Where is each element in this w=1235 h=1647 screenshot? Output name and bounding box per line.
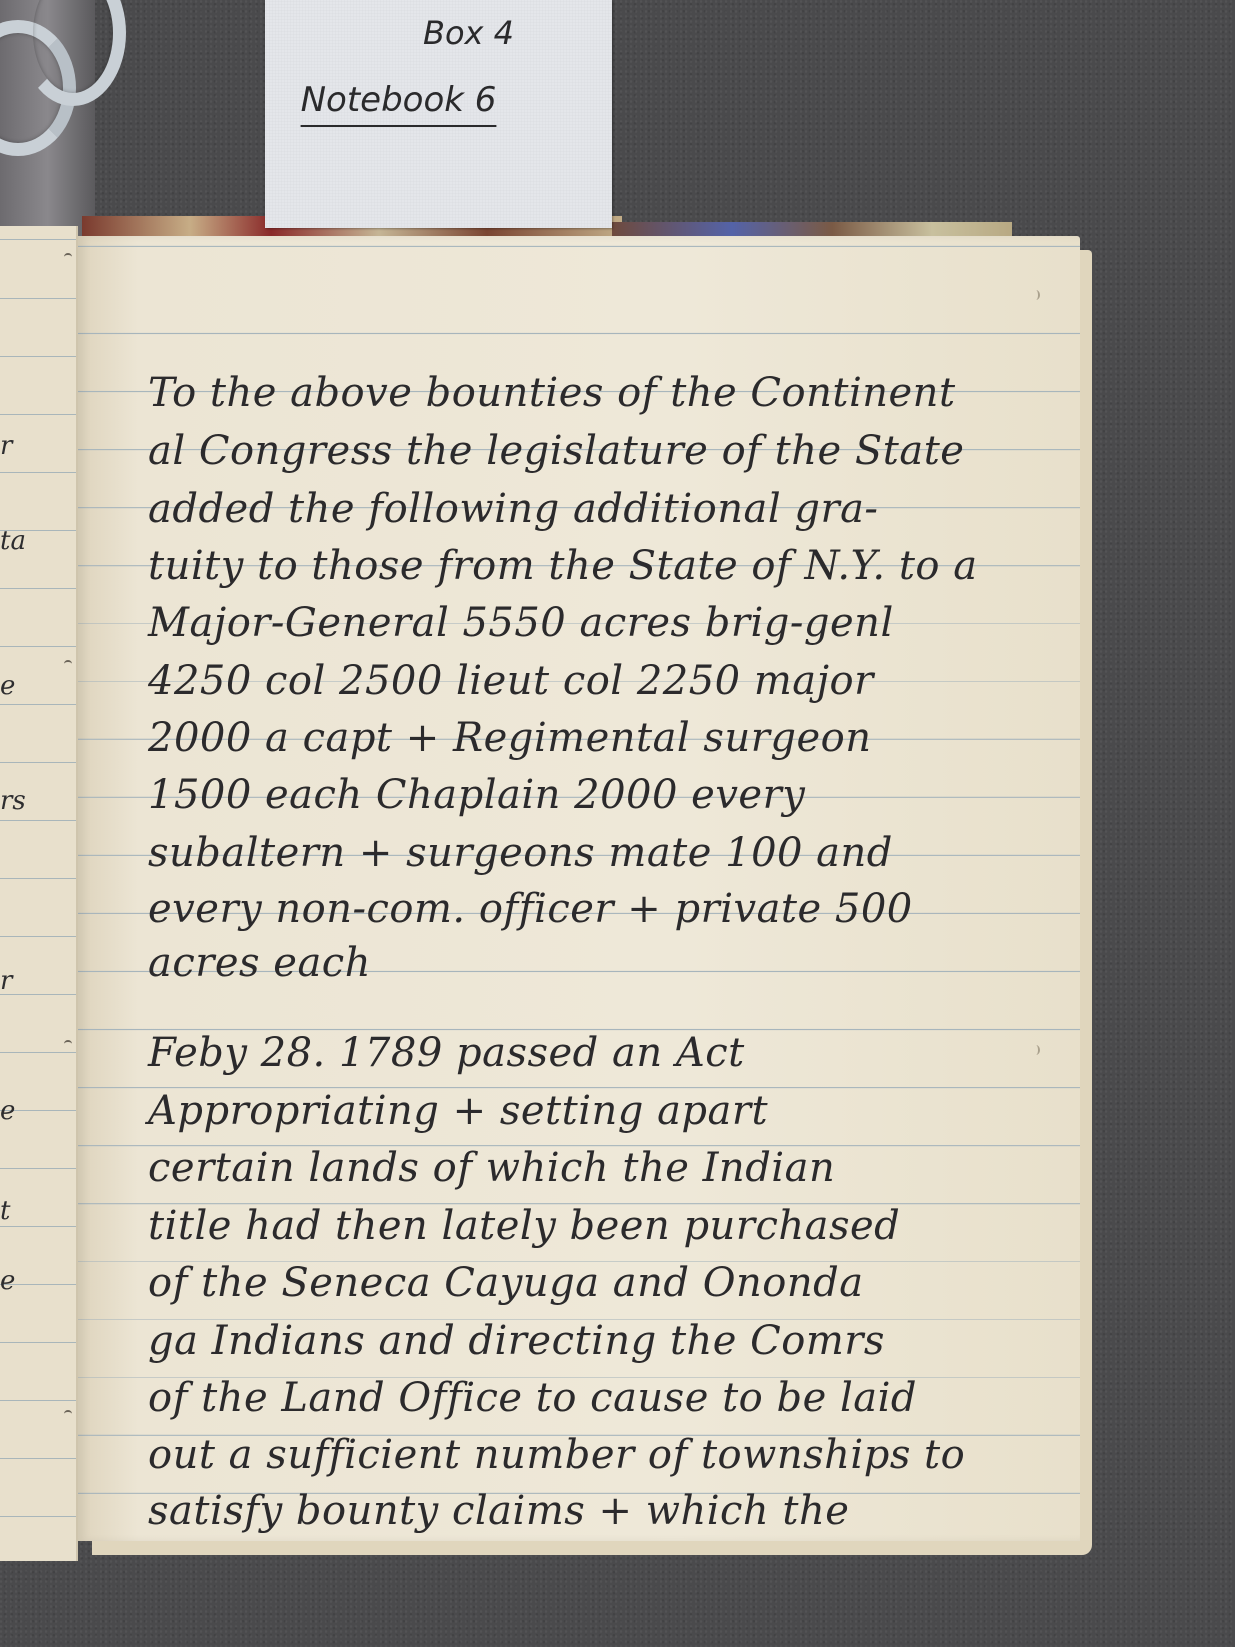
handwritten-line: al Congress the legislature of the State	[148, 428, 964, 474]
left-page: r ta e rs r e t e	[0, 226, 78, 1561]
handwritten-line: subaltern + surgeons mate 100 and	[148, 830, 893, 876]
stitch-hole	[64, 660, 72, 668]
stitch-hole	[64, 253, 72, 261]
left-page-fragment: r	[0, 966, 12, 996]
handwritten-line: Major-General 5550 acres brig-genl	[148, 600, 894, 646]
handwritten-line: added the following additional gra-	[148, 486, 878, 532]
handwritten-line: every non-com. officer + private 500	[148, 886, 913, 932]
handwritten-line: 4250 col 2500 lieut col 2250 major	[148, 658, 874, 704]
left-page-fragment: rs	[0, 786, 26, 816]
page-edge-mark	[1032, 290, 1040, 300]
label-box-number: Box 4	[295, 14, 642, 52]
left-page-fragment: e	[0, 671, 15, 701]
handwritten-line: Appropriating + setting apart	[148, 1088, 768, 1134]
left-page-fragment: t	[0, 1196, 10, 1226]
handwritten-line: acres each	[148, 940, 371, 986]
left-page-fragment: r	[0, 431, 12, 461]
handwritten-line: of the Land Office to cause to be laid	[148, 1375, 917, 1421]
archive-label-slip: Box 4 Notebook 6	[265, 0, 612, 228]
label-notebook-number: Notebook 6	[225, 80, 572, 120]
stitch-hole	[64, 1040, 72, 1048]
handwritten-line: certain lands of which the Indian	[148, 1145, 835, 1191]
left-page-fragment: e	[0, 1266, 15, 1296]
handwritten-line: out a sufficient number of townships to	[148, 1432, 965, 1478]
handwritten-line: title had then lately been purchased	[148, 1203, 900, 1249]
handwritten-line: 2000 a capt + Regimental surgeon	[148, 715, 871, 761]
handwritten-line: 1500 each Chaplain 2000 every	[148, 772, 805, 818]
left-page-fragment: e	[0, 1096, 15, 1126]
page-edge-mark	[1032, 1045, 1040, 1055]
handwritten-line: ga Indians and directing the Comrs	[148, 1318, 885, 1364]
handwritten-line: Feby 28. 1789 passed an Act	[148, 1030, 745, 1076]
handwritten-line: of the Seneca Cayuga and Ononda	[148, 1260, 864, 1306]
stitch-hole	[64, 1410, 72, 1418]
handwritten-line: To the above bounties of the Continent	[148, 370, 956, 416]
handwritten-line: tuity to those from the State of N.Y. to…	[148, 543, 978, 589]
handwritten-line: satisfy bounty claims + which the	[148, 1488, 849, 1534]
left-page-fragment: ta	[0, 526, 26, 556]
